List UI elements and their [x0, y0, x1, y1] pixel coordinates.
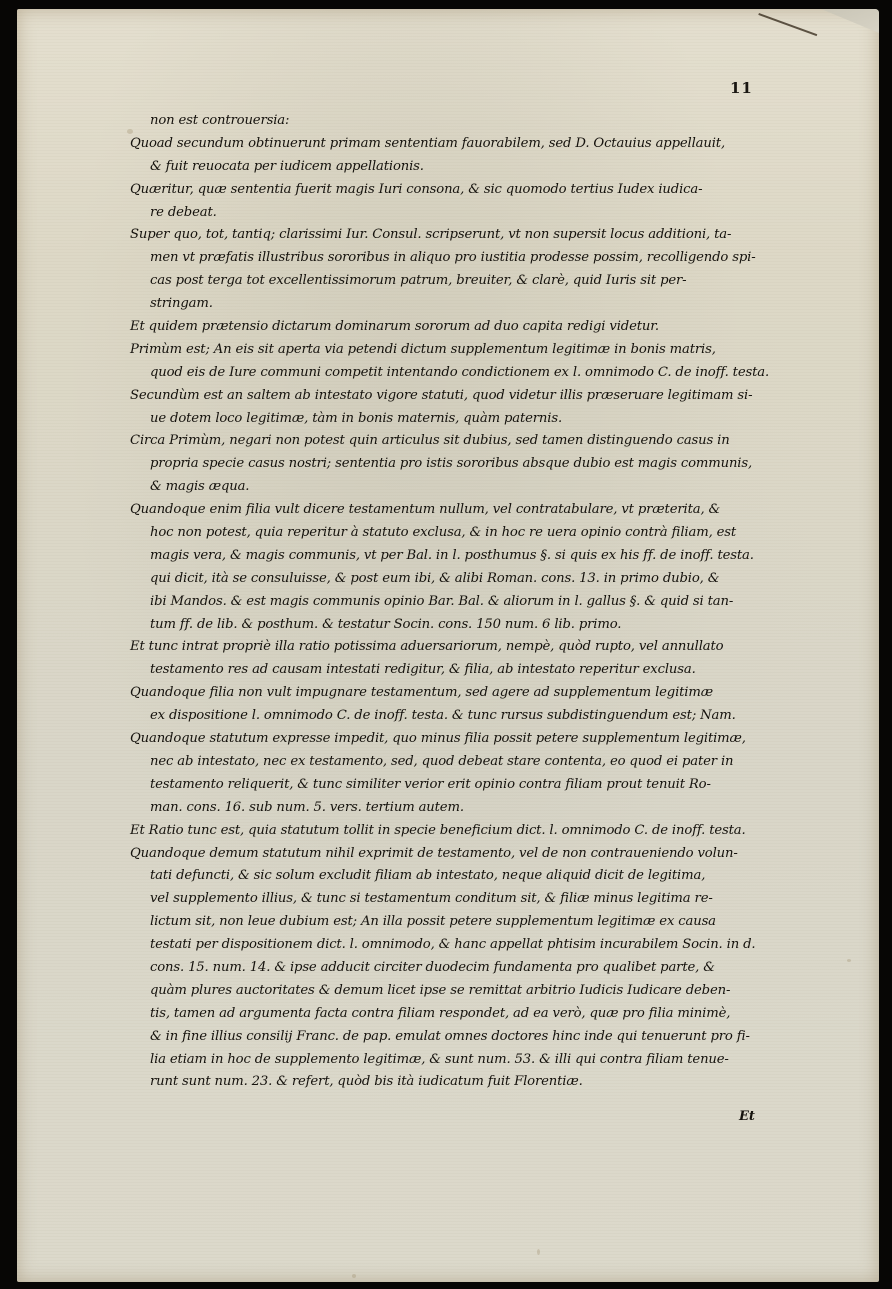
foxing-spot — [847, 959, 851, 962]
text-line: stringam. — [130, 293, 790, 316]
text-line: Circa Primùm, negari non potest quin art… — [130, 430, 790, 453]
foxing-spot — [537, 1249, 540, 1255]
text-line: ue dotem loco legitimæ, tàm in bonis mat… — [130, 408, 790, 431]
text-line: Primùm est; An eis sit aperta via petend… — [130, 339, 790, 362]
text-line: Secundùm est an saltem ab intestato vigo… — [130, 385, 790, 408]
text-line: Quandoque statutum expresse impedit, quo… — [130, 728, 790, 751]
text-line: Super quo, tot, tantiq; clarissimi Iur. … — [130, 224, 790, 247]
text-line: Et tunc intrat propriè illa ratio potiss… — [130, 636, 790, 659]
text-line: lictum sit, non leue dubium est; An illa… — [130, 911, 790, 934]
text-line: qui dicit, ità se consuluisse, & post eu… — [130, 568, 790, 591]
text-line: Quoad secundum obtinuerunt primam senten… — [130, 133, 790, 156]
text-line: quod eis de Iure communi competit intent… — [130, 362, 790, 385]
text-line: hoc non potest, quia reperitur à statuto… — [130, 522, 790, 545]
text-line: Quandoque enim filia vult dicere testame… — [130, 499, 790, 522]
text-line: nec ab intestato, nec ex testamento, sed… — [130, 751, 790, 774]
text-line: Quandoque filia non vult impugnare testa… — [130, 682, 790, 705]
text-line: Quæritur, quæ sententia fuerit magis Iur… — [130, 179, 790, 202]
text-line: vel supplemento illius, & tunc si testam… — [130, 888, 790, 911]
text-line: non est controuersia: — [130, 110, 790, 133]
text-line: tum ff. de lib. & posthum. & testatur So… — [130, 614, 790, 637]
page-number: 11 — [730, 79, 753, 97]
text-line: magis vera, & magis communis, vt per Bal… — [130, 545, 790, 568]
text-line: testamento res ad causam intestati redig… — [130, 659, 790, 682]
foxing-spot — [352, 1274, 356, 1278]
text-line: cas post terga tot excellentissimorum pa… — [130, 270, 790, 293]
text-line: & magis æqua. — [130, 476, 790, 499]
text-line: & in fine illius consilij Franc. de pap.… — [130, 1026, 790, 1049]
text-line: quàm plures auctoritates & demum licet i… — [130, 980, 790, 1003]
text-line: Et quidem prætensio dictarum dominarum s… — [130, 316, 790, 339]
text-line: Quandoque demum statutum nihil exprimit … — [130, 843, 790, 866]
body-text: non est controuersia: Quoad secundum obt… — [130, 110, 790, 1094]
text-line: runt sunt num. 23. & refert, quòd bis it… — [130, 1071, 790, 1094]
text-line: Et Ratio tunc est, quia statutum tollit … — [130, 820, 790, 843]
text-line: & fuit reuocata per iudicem appellationi… — [130, 156, 790, 179]
fold-crease — [758, 13, 817, 36]
text-line: man. cons. 16. sub num. 5. vers. tertium… — [130, 797, 790, 820]
text-line: ex dispositione l. omnimodo C. de inoff.… — [130, 705, 790, 728]
text-line: tati defuncti, & sic solum excludit fili… — [130, 865, 790, 888]
text-line: re debeat. — [130, 202, 790, 225]
folded-corner — [821, 9, 879, 33]
text-line: ibi Mandos. & est magis communis opinio … — [130, 591, 790, 614]
text-line: cons. 15. num. 14. & ipse adducit circit… — [130, 957, 790, 980]
text-line: lia etiam in hoc de supplemento legitimæ… — [130, 1049, 790, 1072]
catchword: Et — [739, 1109, 755, 1124]
text-line: men vt præfatis illustribus sororibus in… — [130, 247, 790, 270]
text-line: testati per dispositionem dict. l. omnim… — [130, 934, 790, 957]
text-line: tis, tamen ad argumenta facta contra fil… — [130, 1003, 790, 1026]
text-line: propria specie casus nostri; sententia p… — [130, 453, 790, 476]
text-line: testamento reliquerit, & tunc similiter … — [130, 774, 790, 797]
